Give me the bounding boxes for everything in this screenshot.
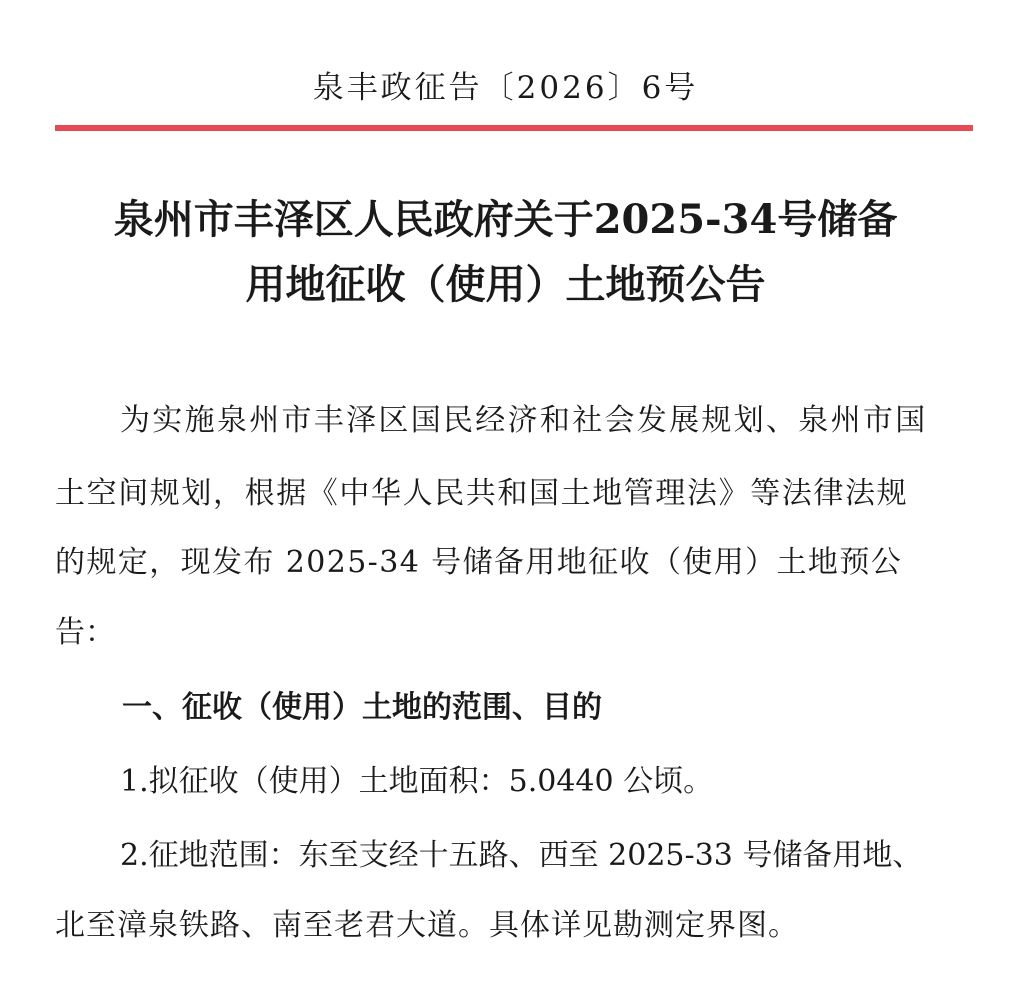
paragraph-line: 为实施泉州市丰泽区国民经济和社会发展规划、泉州市国 [120, 395, 928, 439]
document-title-line-2: 用地征收（使用）土地预公告 [0, 253, 1011, 310]
list-item-scope-continued: 北至漳泉铁路、南至老君大道。具体详见勘测定界图。 [55, 900, 799, 944]
paragraph-line: 告： [55, 607, 115, 651]
document-number: 泉丰政征告〔2026〕6号 [0, 62, 1011, 107]
list-item-area: 1.拟征收（使用）土地面积：5.0440 公顷。 [120, 756, 713, 800]
red-header-rule [55, 125, 973, 131]
document-title-line-1: 泉州市丰泽区人民政府关于2025-34号储备 [0, 188, 1011, 245]
list-item-scope: 2.征地范围：东至支经十五路、西至 2025-33 号储备用地、 [120, 830, 922, 874]
paragraph-line: 土空间规划，根据《中华人民共和国土地管理法》等法律法规 [55, 468, 908, 512]
paragraph-line: 的规定，现发布 2025-34 号储备用地征收（使用）土地预公 [55, 537, 902, 581]
section-heading: 一、征收（使用）土地的范围、目的 [122, 682, 602, 726]
